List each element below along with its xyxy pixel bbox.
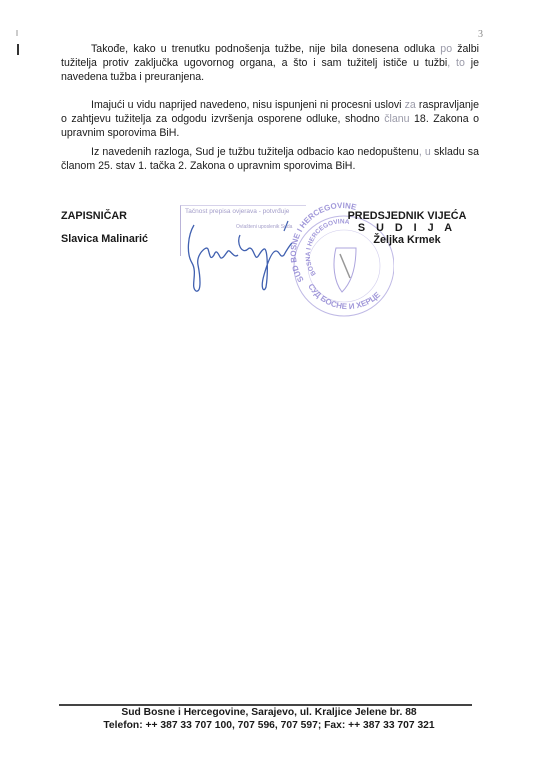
footer-contact: Telefon: ++ 387 33 707 100, 707 596, 707… (40, 720, 498, 731)
paragraph-2-faded-1: za (405, 99, 416, 111)
certification-stamp-line-1: Tačnost prepisa ovjerava - potvrđuje (185, 208, 289, 215)
paragraph-2-text: Imajući u vidu naprijed navedeno, nisu i… (91, 99, 405, 111)
scan-margin-mark (17, 44, 19, 55)
paragraph-1: Takođe, kako u trenutku podnošenja tužbe… (61, 42, 479, 84)
paragraph-2-faded-2: članu (384, 113, 409, 125)
paragraph-1-text: Takođe, kako u trenutku podnošenja tužbe… (91, 43, 440, 55)
footer-address: Sud Bosne i Hercegovine, Sarajevo, ul. K… (40, 707, 498, 718)
page-number: 3 (478, 29, 483, 40)
recorder-name: Slavica Malinarić (61, 233, 148, 245)
scan-margin-mark-faint (16, 30, 18, 36)
footer-divider (59, 704, 472, 706)
paragraph-1-faded-2: , to (447, 57, 465, 69)
paragraph-3-text: Iz navedenih razloga, Sud je tužbu tužit… (91, 146, 419, 158)
judge-name: Željka Krmek (340, 234, 474, 246)
recorder-title: ZAPISNIČAR (61, 210, 127, 222)
paragraph-3: Iz navedenih razloga, Sud je tužbu tužit… (61, 145, 479, 173)
presiding-judge-title: PREDSJEDNIK VIJEĆA (340, 210, 474, 222)
paragraph-1-faded-1: po (440, 43, 452, 55)
presiding-judge-block: PREDSJEDNIK VIJEĆA S U D I J A Željka Kr… (340, 210, 474, 246)
paragraph-3-faded-1: , u (419, 146, 431, 158)
paragraph-2: Imajući u vidu naprijed navedeno, nisu i… (61, 98, 479, 140)
handwritten-signature (180, 215, 300, 295)
judge-role: S U D I J A (340, 222, 474, 234)
